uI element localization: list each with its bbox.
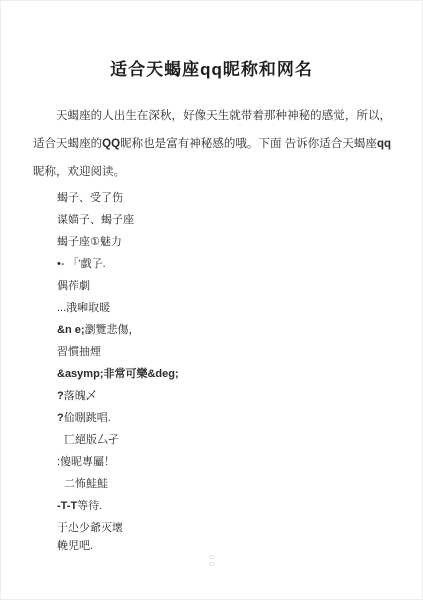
list-item: 二怖鮭鮭	[57, 478, 393, 490]
text-segment: &asymp;非常可樂&deg;	[57, 368, 179, 380]
text-segment: -T-T	[57, 500, 77, 512]
list-item: ?落魄乄	[57, 390, 393, 402]
list-item: 蝎子、受了伤	[57, 192, 393, 204]
text-segment: 匸絕版厶孑	[64, 434, 119, 446]
text-segment: 二怖鮭鮭	[64, 478, 108, 490]
list-item: 輓児吧.	[57, 540, 393, 552]
list-item: 偶莋劇	[57, 280, 393, 292]
list-item: ?佡哵跳唱.	[57, 412, 393, 424]
text-segment: 昵称也是富有神秘感的哦。下面 告诉你适合天蝎座	[120, 138, 377, 150]
text-segment: ?	[57, 412, 64, 424]
text-segment: 落魄乄	[64, 390, 97, 402]
text-segment: 瀏覽悲傷，	[85, 324, 140, 336]
text-segment: QQ	[102, 138, 120, 150]
text-segment: 昵称，欢迎阅读。	[33, 166, 125, 178]
list-item: ...涐啝取暖	[57, 302, 393, 314]
list-item: -T-T等待.	[57, 500, 393, 512]
list-item: •- 「'戯孒.	[57, 258, 393, 270]
list-item: &n e;瀏覽悲傷，	[57, 324, 393, 336]
text-segment: :傻昵專屬！	[57, 456, 115, 468]
text-segment: 于尐少爺灭壞	[57, 522, 123, 534]
text-segment: •- 「'戯孒.	[57, 258, 106, 270]
list-item: &asymp;非常可樂&deg;	[57, 368, 393, 380]
list-item: 谋媌子、蝎子座	[57, 214, 393, 226]
list-item: 習慣抽煙	[57, 346, 393, 358]
text-segment: 佡哵跳唱.	[64, 412, 111, 424]
text-segment: 等待.	[77, 500, 102, 512]
text-segment: 習慣抽煙	[57, 346, 101, 358]
list-item: 蝎子座①魅力	[57, 236, 393, 248]
text-segment: ...涐啝取暖	[57, 302, 110, 314]
text-segment: 蝎子、受了伤	[57, 192, 123, 204]
text-segment: qq	[377, 138, 391, 150]
text-segment: 輓児吧.	[57, 540, 93, 552]
nickname-list: 蝎子、受了伤谋媌子、蝎子座蝎子座①魅力•- 「'戯孒.偶莋劇...涐啝取暖&n …	[57, 192, 393, 552]
text-segment: 偶莋劇	[57, 280, 90, 292]
page-title: 适合天蝎座qq昵称和网名	[18, 55, 405, 80]
footer-page-marker: □□	[209, 555, 215, 569]
intro-paragraph: 天蝎座的人出生在深秋，好像天生就带着那种神秘的感觉，所以，适合天蝎座的QQ昵称也…	[33, 102, 391, 186]
list-item: 匸絕版厶孑	[57, 434, 393, 446]
text-segment: 蝎子座①魅力	[57, 236, 122, 248]
text-segment: &n e;	[57, 324, 85, 336]
list-item: 于尐少爺灭壞	[57, 522, 393, 534]
text-segment: ?	[57, 390, 64, 402]
list-item: :傻昵專屬！	[57, 456, 393, 468]
footer: □□	[0, 555, 423, 574]
text-segment: 谋媌子、蝎子座	[57, 214, 134, 226]
